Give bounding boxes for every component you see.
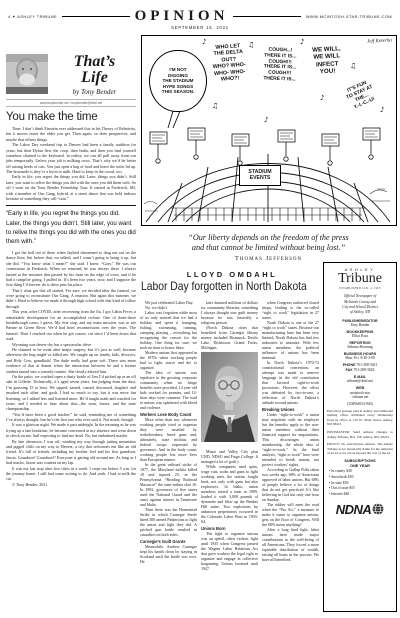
music-note-icon: ♪: [380, 106, 384, 114]
column-body-top: Time. I don’t think Einstein ever addres…: [6, 126, 136, 201]
header-row: 4 ✦ ASHLEY TRIBUNE OPINION WWW.MCINTOSH-…: [8, 9, 392, 24]
paragraph: Time. I don’t think Einstein ever addres…: [6, 126, 136, 142]
column-title-line2: Life: [53, 70, 136, 86]
paragraph: North Dakota is one of the 27 “right to …: [262, 320, 319, 360]
ndna-logo-text: NDNA: [336, 502, 372, 517]
music-note-icon: ♫: [212, 102, 218, 110]
page-header: 4 ✦ ASHLEY TRIBUNE OPINION WWW.MCINTOSH-…: [8, 9, 392, 30]
column-headline: You make the time: [6, 111, 136, 123]
tony-bender-photo: [6, 54, 48, 94]
quote-line: and that cannot be limited without being…: [140, 243, 397, 253]
quote-line: “Our liberty depends on the freedom of t…: [140, 233, 397, 243]
email-label: E-MAIL: [327, 375, 393, 379]
stadium-events-sign: STADIUM EVENTS: [239, 165, 281, 186]
cartoon-lyric-who-let-the-delta-out: WHO LET THE DELTA OUT? WHO? WHO- WHO- WH…: [205, 42, 254, 83]
music-note-icon: ♪: [264, 116, 268, 124]
music-note-icon: ♫: [350, 62, 356, 70]
paragraph: In the great railroad strike of 1877, th…: [140, 462, 197, 507]
website-label: WWW.MCINTOSH-STAR-TRIBUNE.COM: [306, 14, 392, 19]
ndna-logo: NDNA: [327, 502, 393, 517]
editorial-cartoon: I'M NOT DIGGING THE STADIUM HYPE SONGS T…: [141, 35, 397, 226]
role-name: Elliot Rust: [327, 334, 393, 338]
postage-statement: Periodical postage paid at Ashley and ad…: [327, 409, 393, 427]
fax-line: FAX 701-288-3022: [327, 368, 393, 372]
thats-life-column: That’s Life by Tony Bender www.tonybende…: [6, 54, 136, 487]
copyright-sign-off: © Tony Bender, 2021: [6, 482, 136, 487]
paragraph: later donated millions of dollars for co…: [201, 300, 258, 325]
subscription-rate: • Internet $40: [329, 492, 393, 498]
fax-label: FAX: [346, 368, 353, 372]
paragraph: The idea of unions was repulsive to the …: [140, 370, 197, 410]
thats-life-header: That’s Life by Tony Bender: [6, 54, 136, 96]
masthead-newspaper-name: Tribune: [327, 272, 393, 286]
pull-quote-rule: [6, 205, 136, 206]
speech-bubble: I'M NOT DIGGING THE STADIUM HYPE SONGS T…: [149, 50, 207, 112]
paragraph: Modern unions first appeared in the 1870…: [140, 350, 197, 370]
paragraph: In North Dakota’s 1970-72 constitutional…: [262, 360, 319, 405]
masthead-box: ASHLEY Tribune ESTABLISHED JAN. 4, 1905 …: [323, 262, 397, 612]
thats-life-title-block: That’s Life by Tony Bender: [53, 54, 136, 96]
paragraph: According to Gallup Polls taken two week…: [262, 467, 319, 502]
music-note-icon: ♪: [320, 94, 324, 102]
paragraph: “You’d have been a good teacher,” he sai…: [6, 412, 136, 423]
cartoon-lyric-cough-there-it-is: COUGH...! THERE IT IS... COUGH!!! THERE …: [253, 47, 306, 83]
subscription-rates-list: • In county $40 • Snowbirds $50 • In sta…: [327, 469, 393, 498]
paragraph: Under “right-to-work” a union may negoti…: [262, 412, 319, 467]
lloyd-omdahl-photo: [201, 352, 258, 442]
role-name: Tony Bender: [327, 323, 393, 327]
paragraph: (North Dakota cities that benefited from…: [201, 325, 258, 350]
header-rule-right: [233, 16, 300, 17]
globe-icon: [372, 503, 384, 515]
paragraph: Minot and Valley City plus UND, NDSU and…: [201, 449, 258, 464]
article-column-3: when Congress outlawed closed shops, lea…: [262, 300, 319, 616]
phone-label: PHONE: [343, 363, 356, 367]
article-column-1: We just celebrated Labor Day. No, we did…: [140, 300, 197, 616]
paragraph: when Congress outlawed closed shops, lea…: [262, 300, 319, 320]
web-label: WEB: [327, 386, 393, 390]
masthead-established: ESTABLISHED JAN. 4, 1905: [327, 287, 393, 290]
paragraph: On the patio, we cracked open a dusty bo…: [6, 374, 136, 412]
fax-number: 701-288-3022: [354, 368, 375, 372]
paragraph: He claimed to be weak after major surger…: [6, 347, 136, 374]
article-headline: Labor Day forgotten in North Dakota: [141, 279, 322, 293]
paragraph: More often than not, whenever working pe…: [140, 417, 197, 462]
paragraph: It was my last stop after five cities in…: [6, 466, 136, 482]
columnist-kicker: LLOYD OMDAHL: [140, 270, 324, 279]
jefferson-quote: “Our liberty depends on the freedom of t…: [140, 233, 397, 262]
quote-attribution: Thomas Jefferson: [140, 255, 397, 262]
header-rule-left: [62, 16, 129, 17]
official-newspaper-statement: Official Newspaper of McIntosh County an…: [327, 294, 393, 315]
paragraph: Early in life, you regret the things you…: [6, 174, 136, 201]
phone-line: PHONE 701-288-3021: [327, 363, 393, 367]
business-hours-value: Mon.-Fri. 8:30-3:00: [327, 356, 393, 360]
paragraph: While companies used spies, wage cuts, s…: [201, 464, 258, 524]
author-contact-line: www.tonybender.net • tonybender@drtel.ne…: [6, 99, 136, 107]
pull-quote: “Early in life, you regret the things yo…: [6, 209, 136, 246]
postmaster-statement: POSTMASTER: Send address changes to Ashl…: [327, 430, 393, 439]
column-body-bottom: I got the hell out of there when Jaybird…: [6, 250, 136, 487]
music-note-icon: ♫: [248, 41, 254, 49]
paragraph: It was a glorious night. We made it past…: [6, 422, 136, 438]
paragraph: That’s what got this all started. For su…: [6, 288, 136, 310]
business-hours-label: BUSINESS HOURS: [327, 352, 393, 356]
column-byline: by Tony Bender: [53, 88, 136, 96]
paragraph: This year, after COVID, after recovering…: [6, 309, 136, 341]
role-name: Sabrina Hornung: [327, 345, 393, 349]
paragraph: Labor was forgotten while most of us onl…: [140, 310, 197, 350]
cartoon-lyric-we-will-infect-you: WE WILL, WE WILL INFECT YOU!: [304, 45, 349, 77]
paragraph: After a long hard fight, labor unions ha…: [262, 527, 319, 562]
issue-date: SEPTEMBER 15, 2021: [8, 25, 392, 30]
paragraph: The fight to organize unions was an uphi…: [201, 531, 258, 571]
paragraph: Meanwhile, Andrew Carnegie kept his hand…: [140, 544, 197, 564]
web-value: mcintosh-star -tribune.net: [327, 391, 393, 399]
usps-number: (USPS#033-940): [327, 402, 393, 406]
phone-number: 701-288-3021: [356, 363, 377, 367]
policy-statement: POLICY: No subscription refunds. The Ash…: [327, 442, 393, 456]
music-note-icon: ♪: [202, 38, 206, 46]
page-number-label: 4 ✦ ASHLEY TRIBUNE: [8, 14, 57, 19]
paragraph: By late afternoon, I was off, winding my…: [6, 439, 136, 466]
paragraph: The rubber will meet the road when the “…: [262, 502, 319, 527]
article-column-2: later donated millions of dollars for co…: [201, 300, 258, 616]
column-title-line1: That’s: [53, 54, 136, 70]
music-note-icon: ♪: [300, 38, 304, 46]
email-value: tribune@drtel.net: [327, 379, 393, 383]
paragraph: Then there was the Homestead Strike in w…: [140, 507, 197, 537]
paragraph: The Labor Day weekend trip to Denver had…: [6, 142, 136, 174]
section-title: OPINION: [135, 9, 229, 24]
paragraph: I got the hell out of there when Jaybird…: [6, 250, 136, 288]
newspaper-opinion-page: 4 ✦ ASHLEY TRIBUNE OPINION WWW.MCINTOSH-…: [0, 0, 400, 618]
subscriptions-title: SUBSCRIPTIONS ONE YEAR: [327, 459, 393, 468]
